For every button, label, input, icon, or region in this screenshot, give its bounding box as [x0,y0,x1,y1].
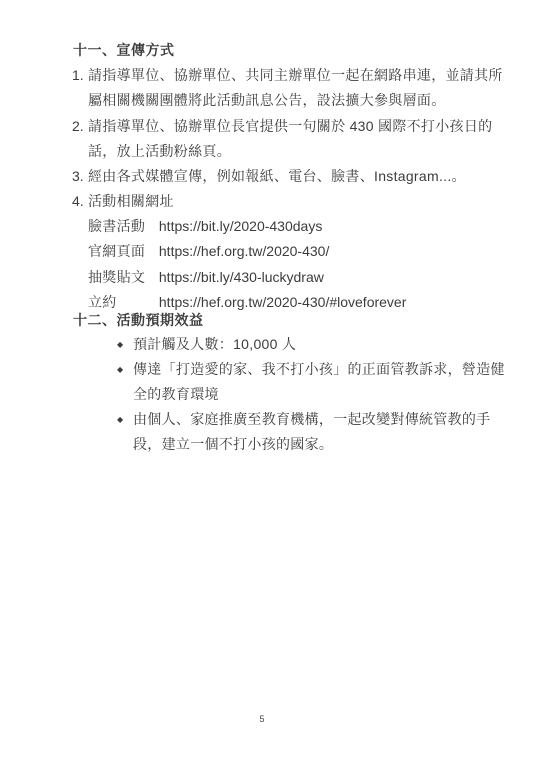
bullet-body: 由個人、家庭推廣至教育機構，一起改變對傳統管教的手 段，建立一個不打小孩的國家。 [133,407,491,458]
link-label: 抽獎貼文 [88,265,155,290]
item-number: 4. [72,189,84,214]
diamond-bullet-icon: ◆ [117,407,123,432]
link-row-facebook-event: 臉書活動 https://bit.ly/2020-430days [88,214,406,239]
bullet-text-line: 段，建立一個不打小孩的國家。 [133,432,491,457]
item-body: 請指導單位、協辦單位長官提供一句關於 430 國際不打小孩日的 話，放上活動粉絲… [88,114,492,165]
numbered-item-3: 3. 經由各式媒體宣傳，例如報紙、電台、臉書、Instagram...。 [72,164,466,189]
bullet-text-line: 傳達「打造愛的家、我不打小孩」的正面管教訴求，營造健 [133,357,505,382]
link-url[interactable]: https://hef.org.tw/2020-430/ [159,243,329,259]
link-row-official-site: 官網頁面 https://hef.org.tw/2020-430/ [88,239,406,264]
section-heading-publicity: 十一、宣傳方式 [73,41,175,59]
item-body: 活動相關網址 [88,189,174,214]
link-label: 官網頁面 [88,239,155,264]
diamond-bullet-icon: ◆ [117,357,123,382]
section-heading-benefits: 十二、活動預期效益 [73,311,204,329]
link-label: 臉書活動 [88,214,155,239]
page-number: 5 [0,713,524,725]
item-text-line: 話，放上活動粉絲頁。 [88,139,492,164]
item-number: 3. [72,164,84,189]
item-text-line: 活動相關網址 [88,189,174,214]
bullet-body: 傳達「打造愛的家、我不打小孩」的正面管教訴求，營造健 全的教育環境 [133,357,505,408]
link-url[interactable]: https://bit.ly/2020-430days [159,218,322,234]
bullet-text-line: 由個人、家庭推廣至教育機構，一起改變對傳統管教的手 [133,407,491,432]
link-url[interactable]: https://hef.org.tw/2020-430/#loveforever [159,294,406,310]
diamond-bullet-icon: ◆ [117,332,123,357]
item-text-line: 屬相關機關團體將此活動訊息公告，設法擴大參與層面。 [88,88,503,113]
bullet-text-line: 預計觸及人數：10,000 人 [133,332,296,357]
bullet-body: 預計觸及人數：10,000 人 [133,332,296,357]
item-number: 1. [72,63,84,88]
document-page: 十一、宣傳方式 1. 請指導單位、協辦單位、共同主辦單位一起在網路串連，並請其所… [0,0,550,778]
bullet-item-promotion: ◆ 由個人、家庭推廣至教育機構，一起改變對傳統管教的手 段，建立一個不打小孩的國… [117,407,491,458]
bullet-item-reach: ◆ 預計觸及人數：10,000 人 [117,332,296,357]
item-body: 經由各式媒體宣傳，例如報紙、電台、臉書、Instagram...。 [88,164,466,189]
related-links-list: 臉書活動 https://bit.ly/2020-430days 官網頁面 ht… [88,214,406,316]
link-url[interactable]: https://bit.ly/430-luckydraw [159,269,324,285]
bullet-item-message: ◆ 傳達「打造愛的家、我不打小孩」的正面管教訴求，營造健 全的教育環境 [117,357,505,408]
item-text-line: 請指導單位、協辦單位、共同主辦單位一起在網路串連，並請其所 [88,63,503,88]
numbered-item-2: 2. 請指導單位、協辦單位長官提供一句關於 430 國際不打小孩日的 話，放上活… [72,114,492,165]
bullet-text-line: 全的教育環境 [133,382,505,407]
item-text-line: 經由各式媒體宣傳，例如報紙、電台、臉書、Instagram...。 [88,164,466,189]
item-text-line: 請指導單位、協辦單位長官提供一句關於 430 國際不打小孩日的 [88,114,492,139]
item-body: 請指導單位、協辦單位、共同主辦單位一起在網路串連，並請其所 屬相關機關團體將此活… [88,63,503,114]
link-row-luckydraw-post: 抽獎貼文 https://bit.ly/430-luckydraw [88,265,406,290]
numbered-item-1: 1. 請指導單位、協辦單位、共同主辦單位一起在網路串連，並請其所 屬相關機關團體… [72,63,503,114]
item-number: 2. [72,114,84,139]
numbered-item-4: 4. 活動相關網址 [72,189,174,214]
